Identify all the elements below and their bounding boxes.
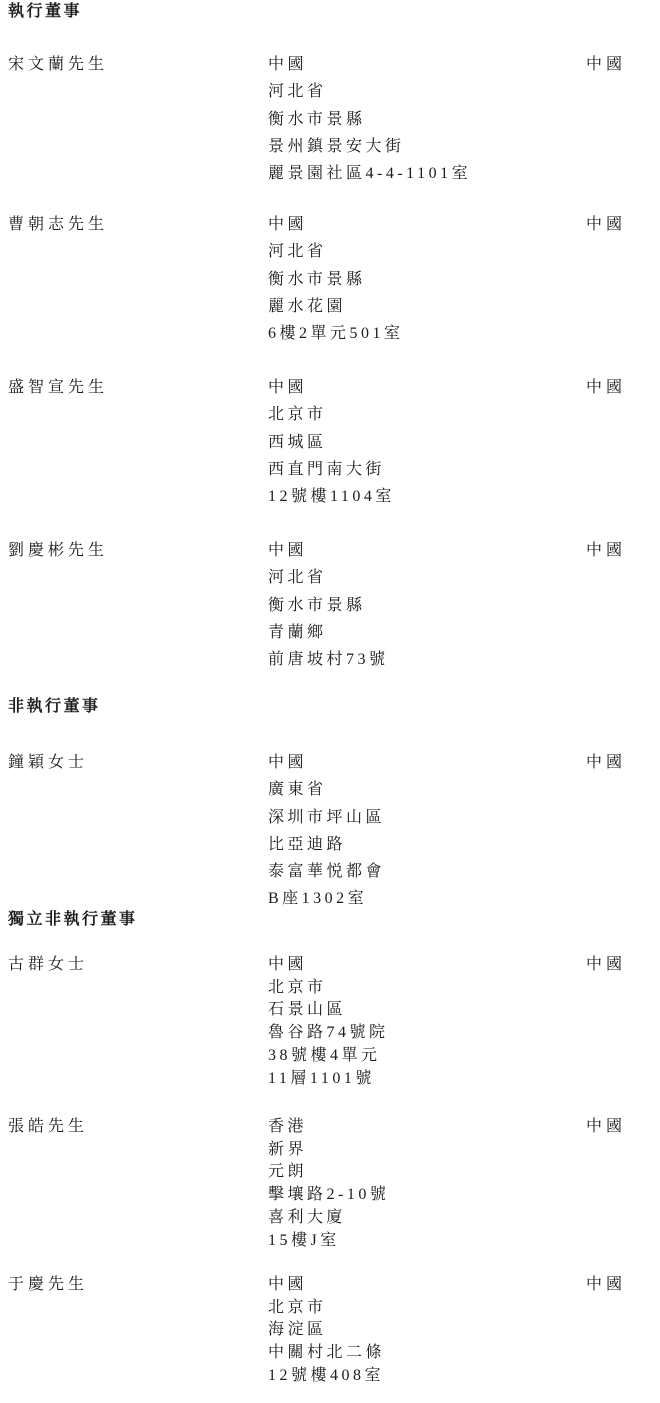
address-line: 麗景園社區4-4-1101室 (268, 160, 471, 187)
section-heading-independent-non-executive-directors: 獨立非執行董事 (8, 910, 138, 930)
director-nationality: 中國 (586, 374, 626, 401)
address-line: 新界 (268, 1139, 389, 1162)
address-line: 北京市 (268, 1297, 385, 1320)
address-line: 廣東省 (268, 776, 385, 803)
address-line: 西城區 (268, 429, 395, 456)
director-name: 鐘穎女士 (8, 749, 88, 776)
director-name: 古群女士 (8, 954, 88, 977)
director-nationality: 中國 (586, 211, 626, 238)
director-nationality: 中國 (586, 1116, 626, 1139)
address-line: 中國 (268, 1274, 385, 1297)
address-line: 中國 (268, 749, 385, 776)
address-line: 景州鎮景安大街 (268, 133, 471, 160)
address-line: 海淀區 (268, 1319, 385, 1342)
document-page: 執行董事 宋文蘭先生 中國 河北省 衡水市景縣 景州鎮景安大街 麗景園社區4-4… (0, 0, 660, 1403)
address-line: 11層1101號 (268, 1068, 389, 1091)
address-line: 中國 (268, 51, 471, 78)
address-line: 衡水市景縣 (268, 592, 389, 619)
director-address: 香港 新界 元朗 擊壤路2-10號 喜利大廈 15樓J室 (268, 1116, 389, 1252)
address-line: 中國 (268, 374, 395, 401)
address-line: 38號樓4單元 (268, 1045, 389, 1068)
director-nationality: 中國 (586, 749, 626, 776)
director-address: 中國 北京市 西城區 西直門南大街 12號樓1104室 (268, 374, 395, 510)
director-address: 中國 河北省 衡水市景縣 景州鎮景安大街 麗景園社區4-4-1101室 (268, 51, 471, 187)
director-address: 中國 北京市 石景山區 魯谷路74號院 38號樓4單元 11層1101號 (268, 954, 389, 1090)
director-address: 中國 北京市 海淀區 中關村北二條 12號樓408室 (268, 1274, 385, 1388)
section-heading-executive-directors: 執行董事 (8, 2, 82, 22)
address-line: 魯谷路74號院 (268, 1022, 389, 1045)
director-name: 曹朝志先生 (8, 211, 108, 238)
director-name: 張皓先生 (8, 1116, 88, 1139)
address-line: 15樓J室 (268, 1230, 389, 1253)
director-nationality: 中國 (586, 51, 626, 78)
address-line: 北京市 (268, 977, 389, 1000)
address-line: 河北省 (268, 78, 471, 105)
director-nationality: 中國 (586, 1274, 626, 1297)
address-line: 中國 (268, 954, 389, 977)
address-line: 12號樓1104室 (268, 483, 395, 510)
director-name: 宋文蘭先生 (8, 51, 108, 78)
director-address: 中國 河北省 衡水市景縣 青蘭鄉 前唐坡村73號 (268, 537, 389, 673)
address-line: 深圳市坪山區 (268, 804, 385, 831)
address-line: 泰富華悦都會 (268, 858, 385, 885)
address-line: 西直門南大街 (268, 456, 395, 483)
address-line: 衡水市景縣 (268, 106, 471, 133)
address-line: 6樓2單元501室 (268, 320, 404, 347)
address-line: 麗水花園 (268, 293, 404, 320)
address-line: 河北省 (268, 564, 389, 591)
address-line: 擊壤路2-10號 (268, 1184, 389, 1207)
director-address: 中國 河北省 衡水市景縣 麗水花園 6樓2單元501室 (268, 211, 404, 347)
address-line: 中關村北二條 (268, 1342, 385, 1365)
section-heading-non-executive-directors: 非執行董事 (8, 697, 101, 717)
address-line: 石景山區 (268, 999, 389, 1022)
director-name: 劉慶彬先生 (8, 537, 108, 564)
address-line: 衡水市景縣 (268, 266, 404, 293)
address-line: 北京市 (268, 401, 395, 428)
director-address: 中國 廣東省 深圳市坪山區 比亞迪路 泰富華悦都會 B座1302室 (268, 749, 385, 913)
address-line: 比亞迪路 (268, 831, 385, 858)
address-line: 12號樓408室 (268, 1365, 385, 1388)
address-line: 中國 (268, 211, 404, 238)
address-line: 中國 (268, 537, 389, 564)
director-nationality: 中國 (586, 537, 626, 564)
director-nationality: 中國 (586, 954, 626, 977)
address-line: 香港 (268, 1116, 389, 1139)
address-line: 河北省 (268, 238, 404, 265)
address-line: 前唐坡村73號 (268, 646, 389, 673)
director-name: 盛智宣先生 (8, 374, 108, 401)
address-line: 青蘭鄉 (268, 619, 389, 646)
address-line: B座1302室 (268, 885, 385, 912)
address-line: 喜利大廈 (268, 1207, 389, 1230)
director-name: 于慶先生 (8, 1274, 88, 1297)
address-line: 元朗 (268, 1161, 389, 1184)
